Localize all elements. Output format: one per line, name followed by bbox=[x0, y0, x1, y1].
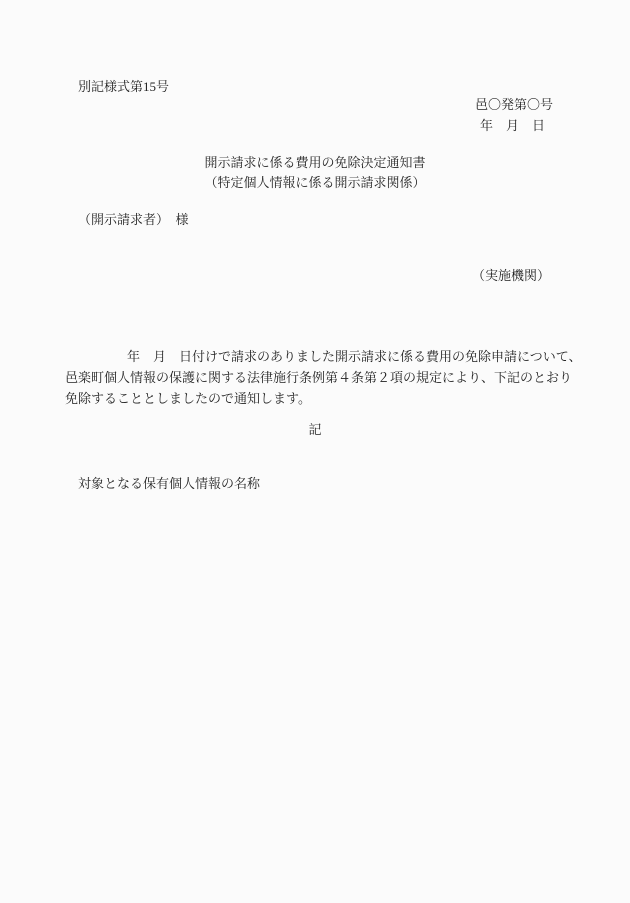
body-line: 年 月 日付けで請求のありました開示請求に係る費用の免除申請について、 bbox=[65, 346, 577, 367]
record-marker: 記 bbox=[0, 423, 630, 437]
date-line: 年 月 日 bbox=[480, 119, 545, 133]
document-title: 開示請求に係る費用の免除決定通知書 bbox=[0, 156, 630, 170]
document-page: 別記様式第15号 邑〇発第〇号 年 月 日 開示請求に係る費用の免除決定通知書 … bbox=[0, 0, 630, 903]
document-subtitle: （特定個人情報に係る開示請求関係） bbox=[0, 176, 630, 190]
body-line: 免除することとしましたので通知します。 bbox=[65, 388, 577, 409]
addressee-line: （開示請求者） 様 bbox=[78, 213, 189, 227]
form-number: 別記様式第15号 bbox=[78, 80, 169, 94]
document-number: 邑〇発第〇号 bbox=[475, 98, 553, 112]
body-line: 邑楽町個人情報の保護に関する法律施行条例第４条第２項の規定により、下記のとおり bbox=[65, 367, 577, 388]
issuer-line: （実施機関） bbox=[472, 269, 550, 283]
subject-label: 対象となる保有個人情報の名称 bbox=[78, 477, 260, 491]
body-paragraph: 年 月 日付けで請求のありました開示請求に係る費用の免除申請について、 邑楽町個… bbox=[65, 346, 577, 409]
